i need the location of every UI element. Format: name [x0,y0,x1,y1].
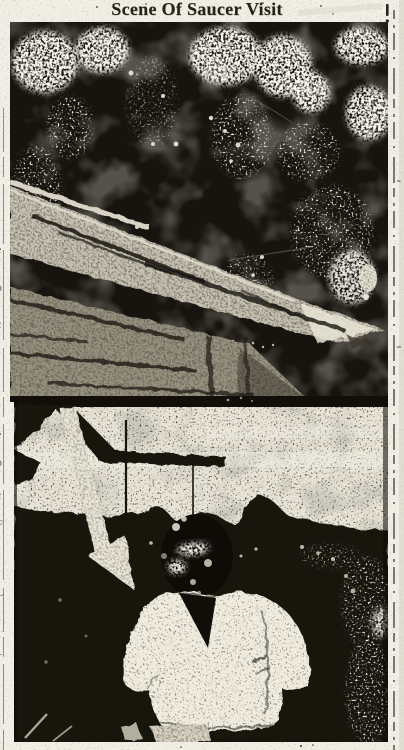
margin-glyph-fragment: c [0,489,6,501]
margin-glyph-fragment: e [0,428,6,440]
margin-glyph-fragment: c [0,318,6,330]
newspaper-clipping-page: Scene Of Saucer Visit reoct-eocFlLs+:t. [0,0,404,750]
margin-glyph-fragment: l [0,553,6,565]
margin-glyph-fragment: + [0,648,6,660]
margin-glyph-fragment: t [0,708,6,720]
clipping-artwork [0,0,404,750]
photo-witness-scene [14,402,392,744]
headline: Scene Of Saucer Visit [0,0,399,21]
witness-head [161,514,233,598]
margin-glyph-fragment: r [0,205,6,217]
page-edge-shade [399,0,404,750]
margin-glyph-fragment: e [0,243,6,255]
margin-glyph-fragment: o [0,281,6,293]
margin-glyph-fragment: o [0,456,6,468]
margin-glyph-fragment: t [0,356,6,368]
margin-glyph-fragment: L [0,586,6,598]
margin-glyph-fragment: F [0,518,6,530]
photo-roof-closeup [10,22,392,404]
margin-glyph-fragment: s [0,612,6,624]
margin-glyph-fragment: . [0,737,6,749]
margin-glyph-fragment: - [0,395,6,407]
margin-glyph-fragment: : [0,681,6,693]
